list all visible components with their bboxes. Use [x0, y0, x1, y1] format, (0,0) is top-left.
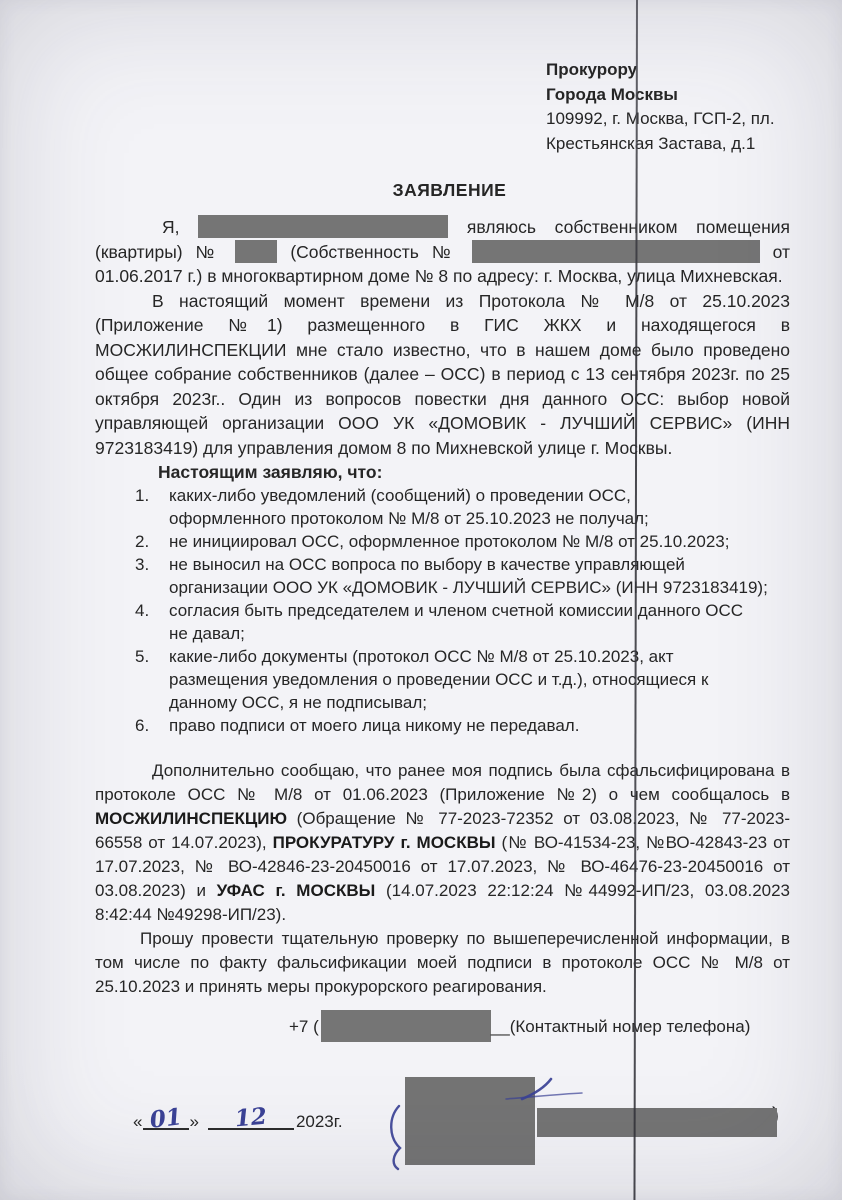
list-item-number: 1. — [135, 484, 169, 530]
recipient-address-block: Прокурору Города Москвы 109992, г. Москв… — [546, 58, 790, 156]
list-item: 6.право подписи от моего лица никому не … — [95, 714, 790, 737]
recipient-line: 109992, г. Москва, ГСП-2, пл. — [546, 107, 790, 132]
date-day-underline: 01 — [143, 1106, 189, 1130]
redaction-bar-phone-number — [321, 1010, 491, 1042]
recipient-line: Крестьянская Застава, д.1 — [546, 132, 790, 157]
statement-heading: Настоящим заявляю, что: — [158, 460, 790, 484]
document-body: Прокурору Города Москвы 109992, г. Москв… — [0, 0, 842, 1043]
p3-bold-moszhilinspekciya: МОСЖИЛИНСПЕКЦИЮ — [95, 809, 287, 828]
phone-line: +7 (__(Контактный номер телефона) — [289, 1010, 790, 1043]
date-line: «01»122023г. — [133, 1106, 343, 1132]
document-title: ЗАЯВЛЕНИЕ — [95, 178, 790, 202]
list-item-text: не выносил на ОСС вопроса по выбору в ка… — [169, 553, 768, 599]
list-item-number: 6. — [135, 714, 169, 737]
p3-text: Дополнительно сообщаю, что ранее моя под… — [95, 761, 790, 804]
list-item: 5.какие-либо документы (протокол ОСС № М… — [95, 645, 790, 714]
redaction-bar-signature-name — [537, 1108, 777, 1137]
handwritten-day: 01 — [149, 1103, 184, 1134]
list-item-number: 5. — [135, 645, 169, 714]
p3-bold-prokuratura: ПРОКУРАТУРУ г. МОСКВЫ — [273, 833, 496, 852]
p1-text: (Собственность № — [290, 242, 458, 262]
statement-list: 1.каких-либо уведомлений (сообщений) о п… — [95, 484, 790, 737]
list-item-text: каких-либо уведомлений (сообщений) о про… — [169, 484, 649, 530]
list-item-number: 4. — [135, 599, 169, 645]
scanned-document-page: Прокурору Города Москвы 109992, г. Москв… — [0, 0, 842, 1200]
redaction-bar-ownership-number — [472, 240, 760, 263]
date-month-underline: 12 — [208, 1106, 294, 1130]
handwritten-month: 12 — [234, 1103, 268, 1133]
redaction-bar-apartment-number — [235, 240, 277, 263]
list-item: 2.не инициировал ОСС, оформленное проток… — [95, 530, 790, 553]
date-year: 2023г. — [296, 1112, 343, 1131]
list-item-number: 2. — [135, 530, 169, 553]
list-item-text: согласия быть председателем и членом сче… — [169, 599, 743, 645]
phone-prefix: +7 ( — [289, 1017, 319, 1036]
paragraph-protocol-info: В настоящий момент времени из Протокола … — [95, 289, 790, 461]
list-item-text: право подписи от моего лица никому не пе… — [169, 714, 579, 737]
list-item: 3.не выносил на ОСС вопроса по выбору в … — [95, 553, 790, 599]
redaction-block-signature — [405, 1077, 535, 1165]
p3-bold-ufas: УФАС г. МОСКВЫ — [217, 881, 376, 900]
p1-text: Я, — [162, 217, 180, 237]
redaction-bar-owner-name — [198, 215, 448, 238]
list-item: 4.согласия быть председателем и членом с… — [95, 599, 790, 645]
paragraph-additional-info: Дополнительно сообщаю, что ранее моя под… — [95, 759, 790, 927]
open-quote: « — [133, 1112, 142, 1131]
paragraph-request: Прошу провести тщательную проверку по вы… — [95, 927, 790, 999]
list-item-text: какие-либо документы (протокол ОСС № М/8… — [169, 645, 708, 714]
list-item: 1.каких-либо уведомлений (сообщений) о п… — [95, 484, 790, 530]
list-item-number: 3. — [135, 553, 169, 599]
paragraph-ownership: Я, являюсь собственником помещения (квар… — [95, 215, 790, 289]
close-quote: » — [189, 1112, 198, 1131]
phone-suffix: __(Контактный номер телефона) — [491, 1017, 751, 1036]
recipient-line: Города Москвы — [546, 83, 790, 108]
list-item-text: не инициировал ОСС, оформленное протокол… — [169, 530, 729, 553]
recipient-line: Прокурору — [546, 58, 790, 83]
